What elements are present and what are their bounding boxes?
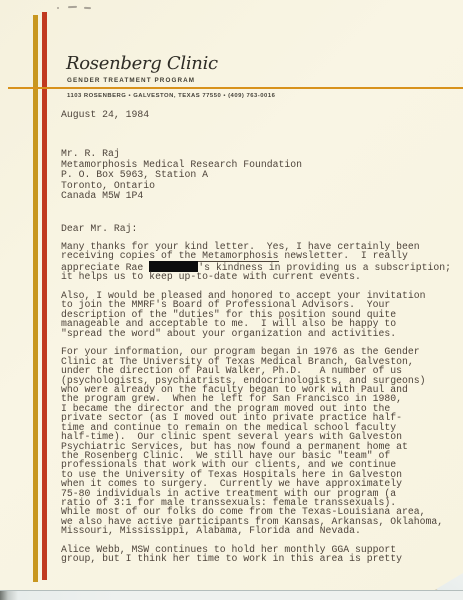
paragraph-text: Also, I would be pleased and honored to … <box>61 290 426 339</box>
page-corner-curl <box>433 571 463 591</box>
pencil-mark <box>68 6 77 8</box>
clinic-name: Rosenberg Clinic <box>66 53 218 74</box>
letter-page: Rosenberg Clinic GENDER TREATMENT PROGRA… <box>0 0 463 591</box>
gold-stripe-decoration <box>33 15 38 582</box>
salutation: Dear Mr. Raj: <box>61 224 137 233</box>
pencil-mark <box>84 7 91 9</box>
letter-paragraph: For your information, our program began … <box>61 347 446 535</box>
letter-paragraph: Also, I would be pleased and honored to … <box>61 291 446 338</box>
scan-bottom-edge <box>0 590 463 600</box>
letter-date: August 24, 1984 <box>61 110 149 119</box>
paragraph-text: Alice Webb, MSW continues to hold her mo… <box>61 544 402 564</box>
letter-body: Many thanks for your kind letter. Yes, I… <box>61 242 446 573</box>
red-stripe-decoration <box>42 12 47 580</box>
program-subtitle: GENDER TREATMENT PROGRAM <box>67 77 195 84</box>
paragraph-text: For your information, our program began … <box>61 346 443 536</box>
letterhead-rule <box>8 87 463 89</box>
letter-paragraph: Many thanks for your kind letter. Yes, I… <box>61 242 446 282</box>
recipient-address-block: Mr. R. Raj Metamorphosis Medical Researc… <box>61 149 302 202</box>
pencil-mark <box>57 7 59 9</box>
redaction-box <box>149 261 198 272</box>
letter-paragraph: Alice Webb, MSW continues to hold her mo… <box>61 545 446 564</box>
letterhead-address: 1103 ROSENBERG • GALVESTON, TEXAS 77550 … <box>67 93 275 99</box>
